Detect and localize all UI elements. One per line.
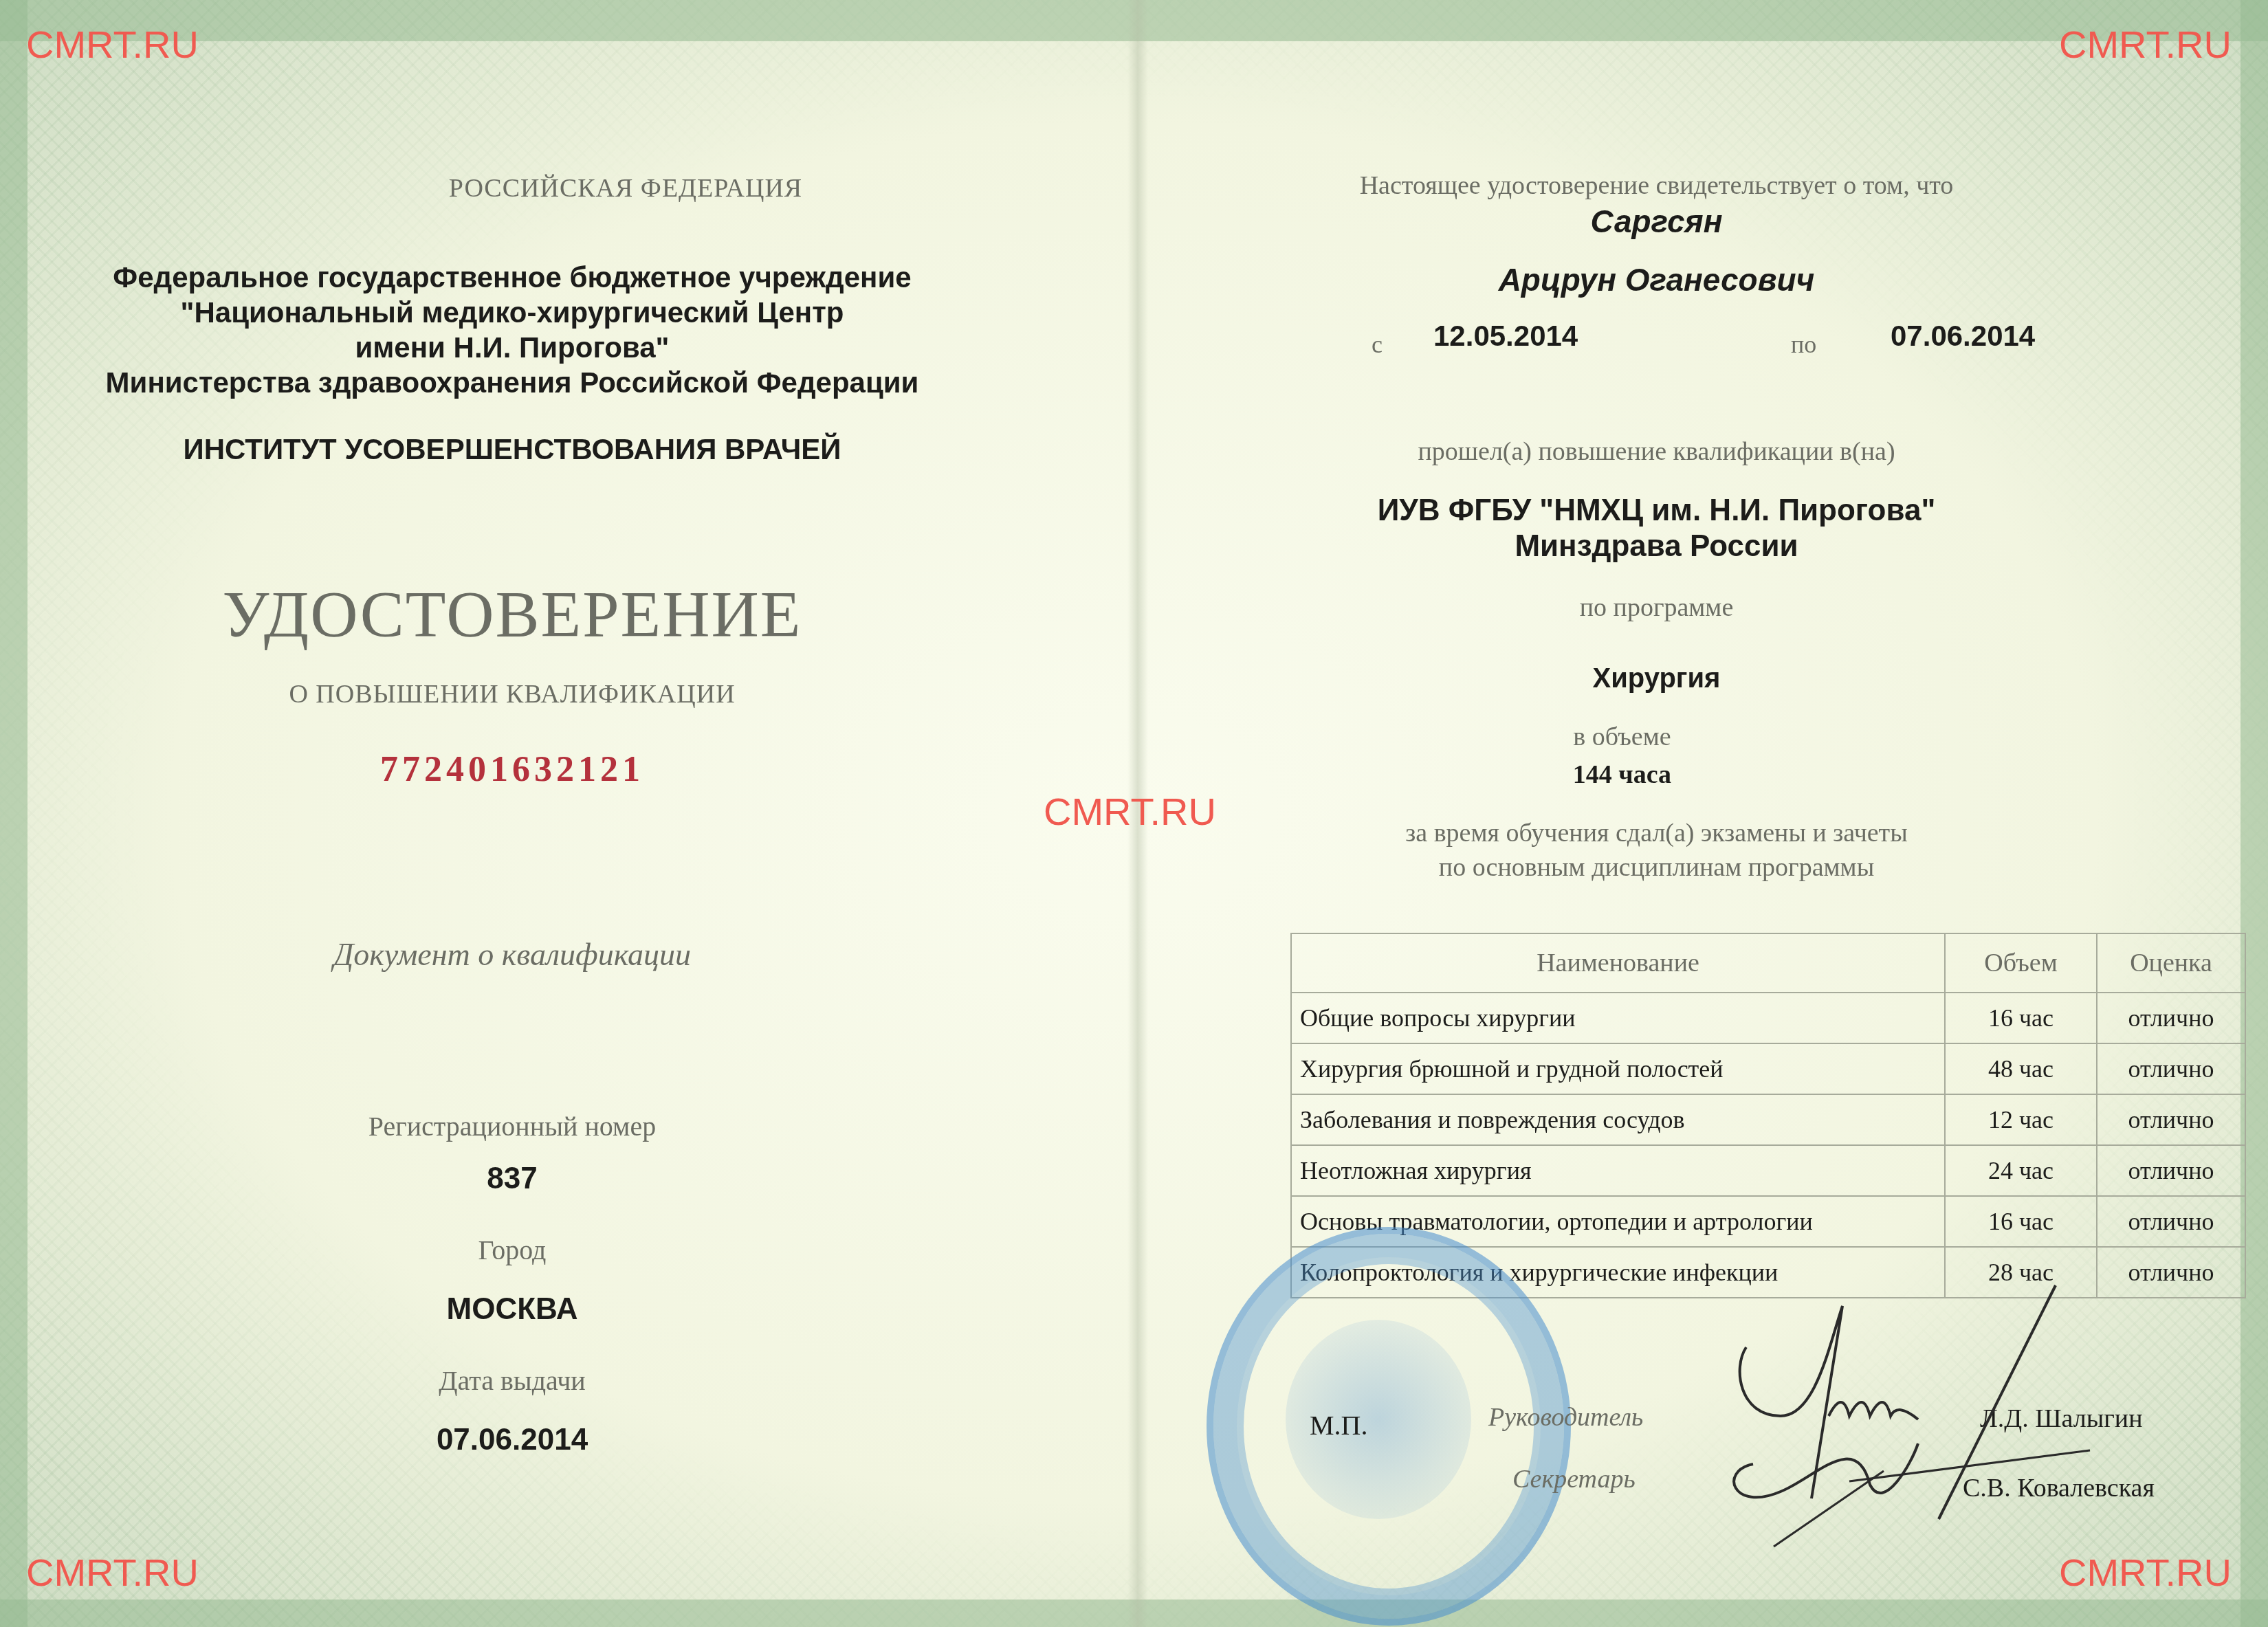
cell-name: Хирургия брюшной и грудной полостей — [1291, 1043, 1945, 1094]
issue-date-label: Дата выдачи — [0, 1364, 1024, 1397]
cell-name: Неотложная хирургия — [1291, 1145, 1945, 1196]
holder-given-names: Арцрун Оганесович — [1141, 261, 2172, 298]
header-name: Наименование — [1291, 933, 1945, 993]
signatory-name-head: Л.Д. Шалыгин — [1980, 1404, 2142, 1434]
signatory-role-secretary: Секретарь — [1512, 1464, 1636, 1494]
cell-name: Заболевания и повреждения сосудов — [1291, 1094, 1945, 1145]
cell-volume: 28 час — [1945, 1247, 2097, 1298]
cell-grade: отлично — [2097, 1247, 2245, 1298]
cell-grade: отлично — [2097, 1145, 2245, 1196]
cell-volume: 16 час — [1945, 1196, 2097, 1247]
signatory-name-secretary: С.В. Ковалевская — [1963, 1473, 2155, 1503]
org-line-2: "Национальный медико-хирургический Центр — [0, 295, 1024, 330]
institute-name: ИНСТИТУТ УСОВЕРШЕНСТВОВАНИЯ ВРАЧЕЙ — [0, 433, 1024, 466]
volume-label: в объеме — [1141, 722, 2103, 752]
watermark-center: CMRT.RU — [1044, 789, 1216, 834]
table-row: Общие вопросы хирургии16 часотлично — [1291, 993, 2245, 1043]
from-label: с — [1372, 330, 1383, 359]
cell-grade: отлично — [2097, 993, 2245, 1043]
table-row: Хирургия брюшной и грудной полостей48 ча… — [1291, 1043, 2245, 1094]
program-name: Хирургия — [1141, 663, 2172, 694]
signatory-role-head: Руководитель — [1488, 1402, 1643, 1432]
exams-text-1: за время обучения сдал(а) экзамены и зач… — [1141, 818, 2172, 848]
serial-number: 772401632121 — [0, 749, 1024, 790]
cell-grade: отлично — [2097, 1043, 2245, 1094]
org-line-1: Федеральное государственное бюджетное уч… — [0, 260, 1024, 295]
program-label: по программе — [1141, 593, 2172, 623]
stamp-label: М.П. — [1310, 1409, 1367, 1441]
org-line-3: имени Н.И. Пирогова" — [0, 330, 1024, 365]
cell-grade: отлично — [2097, 1094, 2245, 1145]
org-line-4: Министерства здравоохранения Российской … — [0, 365, 1024, 400]
watermark-bottom-right: CMRT.RU — [2059, 1550, 2232, 1595]
intro-text: Настоящее удостоверение свидетельствует … — [1141, 170, 2172, 201]
issue-date: 07.06.2014 — [0, 1423, 1024, 1457]
registration-number: 837 — [0, 1162, 1024, 1196]
volume-value: 144 часа — [1141, 760, 2103, 790]
cell-name: Общие вопросы хирургии — [1291, 993, 1945, 1043]
table-row: Заболевания и повреждения сосудов12 часо… — [1291, 1094, 2245, 1145]
exams-text-2: по основным дисциплинам программы — [1141, 852, 2172, 883]
registration-label: Регистрационный номер — [0, 1110, 1024, 1142]
cell-volume: 16 час — [1945, 993, 2097, 1043]
to-label: по — [1791, 330, 1816, 359]
organization-name: Федеральное государственное бюджетное уч… — [0, 260, 1024, 400]
header-grade: Оценка — [2097, 933, 2245, 993]
left-page: РОССИЙСКАЯ ФЕДЕРАЦИЯ Федеральное государ… — [0, 0, 1134, 1627]
city-label: Город — [0, 1234, 1024, 1266]
right-page: Настоящее удостоверение свидетельствует … — [1141, 0, 2268, 1627]
table-row: Неотложная хирургия24 часотлично — [1291, 1145, 2245, 1196]
cell-volume: 12 час — [1945, 1094, 2097, 1145]
qualification-doc-label: Документ о квалификации — [0, 936, 1024, 973]
document-subtitle: О ПОВЫШЕНИИ КВАЛИФИКАЦИИ — [0, 679, 1024, 709]
cell-grade: отлично — [2097, 1196, 2245, 1247]
table-header-row: Наименование Объем Оценка — [1291, 933, 2245, 993]
passed-text: прошел(а) повышение квалификации в(на) — [1141, 436, 2172, 467]
city-value: МОСКВА — [0, 1292, 1024, 1327]
cell-volume: 24 час — [1945, 1145, 2097, 1196]
document-title: УДОСТОВЕРЕНИЕ — [0, 576, 1024, 652]
watermark-top-left: CMRT.RU — [26, 22, 199, 67]
watermark-top-right: CMRT.RU — [2059, 22, 2232, 67]
institution-line-2: Минздрава России — [1141, 529, 2172, 564]
country-heading: РОССИЙСКАЯ ФЕДЕРАЦИЯ — [117, 173, 1134, 203]
institution-line-1: ИУВ ФГБУ "НМХЦ им. Н.И. Пирогова" — [1141, 494, 2172, 528]
from-date: 12.05.2014 — [1433, 320, 1578, 353]
holder-surname: Саргсян — [1141, 203, 2172, 240]
to-date: 07.06.2014 — [1891, 320, 2035, 353]
cell-volume: 48 час — [1945, 1043, 2097, 1094]
watermark-bottom-left: CMRT.RU — [26, 1550, 199, 1595]
header-volume: Объем — [1945, 933, 2097, 993]
